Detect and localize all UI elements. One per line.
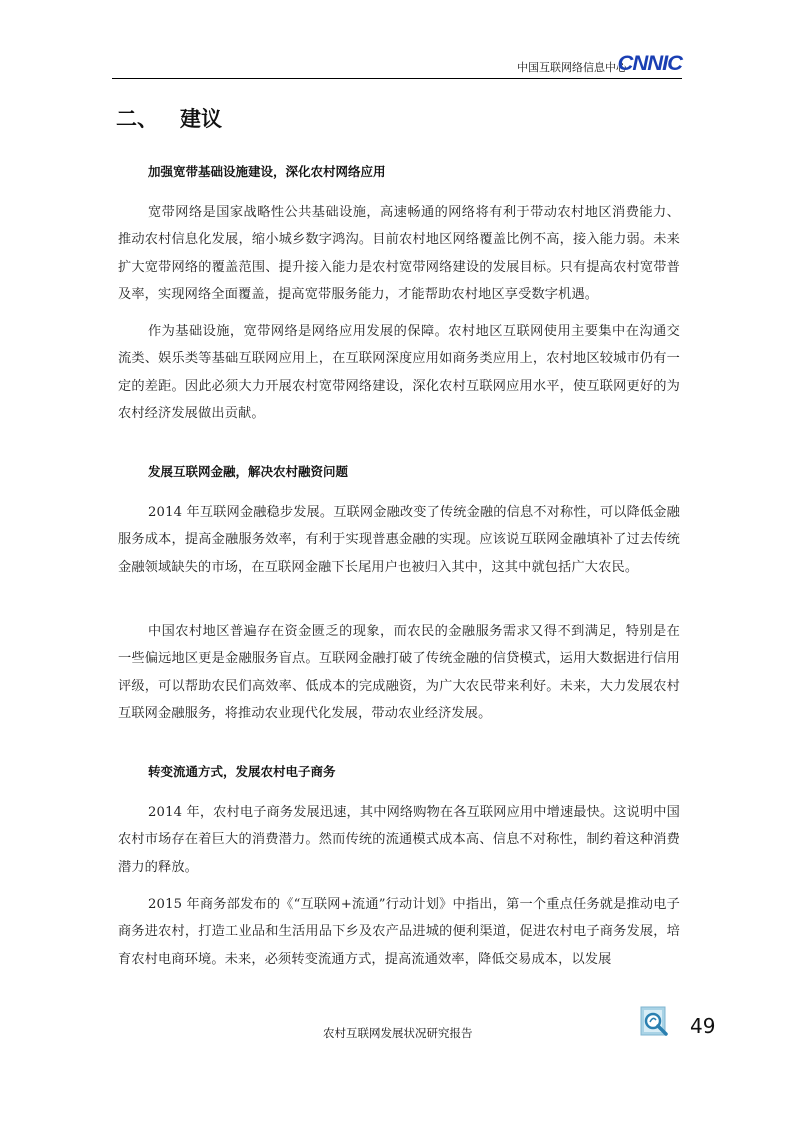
paragraph: 中国农村地区普遍存在资金匮乏的现象，而农民的金融服务需求又得不到满足，特别是在一… — [118, 618, 680, 727]
header-org-name: 中国互联网络信息中心 — [517, 59, 627, 75]
paragraph: 宽带网络是国家战略性公共基础设施，高速畅通的网络将有利于带动农村地区消费能力、推… — [118, 199, 680, 308]
subsection-heading: 发展互联网金融，解决农村融资问题 — [148, 462, 348, 480]
subsection-heading: 转变流通方式，发展农村电子商务 — [148, 762, 336, 780]
paragraph: 作为基础设施，宽带网络是网络应用发展的保障。农村地区互联网使用主要集中在沟通交流… — [118, 318, 680, 427]
magnifier-report-icon — [640, 1006, 670, 1038]
paragraph: 2014 年，农村电子商务发展迅速，其中网络购物在各互联网应用中增速最快。这说明… — [118, 799, 680, 881]
page-number: 49 — [690, 1014, 715, 1038]
page-header: 中国互联网络信息中心 CNNIC — [112, 52, 682, 79]
subsection-heading: 加强宽带基础设施建设，深化农村网络应用 — [148, 162, 386, 180]
paragraph: 2014 年互联网金融稳步发展。互联网金融改变了传统金融的信息不对称性，可以降低… — [118, 499, 680, 581]
footer-report-title: 农村互联网发展状况研究报告 — [323, 1025, 473, 1041]
section-title: 二、建议 — [116, 103, 222, 133]
cnnic-logo: CNNIC — [617, 52, 682, 76]
section-title-text: 建议 — [180, 107, 222, 131]
paragraph: 2015 年商务部发布的《“互联网+流通”行动计划》中指出，第一个重点任务就是推… — [118, 891, 680, 973]
section-number: 二、 — [116, 107, 158, 131]
